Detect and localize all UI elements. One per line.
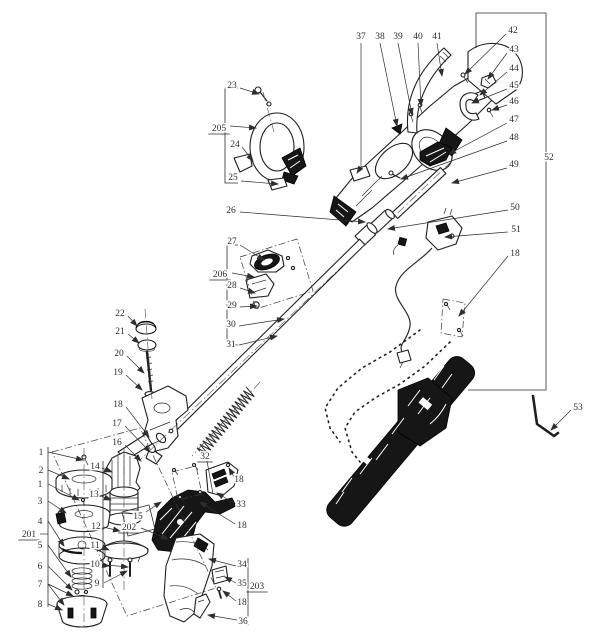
leader-line	[223, 591, 236, 601]
svg-text:28: 28	[227, 281, 237, 291]
callout-18: 18	[113, 400, 123, 410]
callout-18: 18	[510, 249, 520, 259]
svg-text:19: 19	[113, 368, 123, 378]
callout-17: 17	[112, 419, 122, 429]
part-blade-36	[194, 594, 210, 618]
leader-line	[230, 126, 256, 128]
callout-46: 46	[509, 97, 519, 107]
part-screw-18a	[226, 463, 229, 466]
part-head-housing-8	[57, 596, 107, 627]
svg-text:9: 9	[95, 579, 100, 589]
part-shield-33	[206, 462, 238, 496]
svg-text:21: 21	[115, 327, 125, 337]
callout-18: 18	[237, 598, 247, 608]
callout-28: 28	[227, 281, 237, 291]
svg-text:6: 6	[38, 562, 43, 572]
svg-text:32: 32	[200, 452, 210, 462]
svg-text:18: 18	[510, 249, 520, 259]
svg-text:18: 18	[113, 400, 123, 410]
callout-36: 36	[238, 617, 248, 627]
svg-text:17: 17	[112, 419, 122, 429]
svg-text:40: 40	[413, 32, 423, 42]
callout-44: 44	[509, 64, 519, 74]
callout-10: 10	[90, 560, 100, 570]
svg-text:33: 33	[236, 500, 246, 510]
callout-9: 9	[95, 579, 100, 589]
part-screws-18c	[444, 302, 463, 336]
svg-text:49: 49	[509, 160, 519, 170]
part-allen-key	[533, 396, 558, 436]
leader-line	[208, 615, 237, 620]
svg-text:35: 35	[237, 579, 247, 589]
svg-text:48: 48	[509, 133, 519, 143]
svg-text:12: 12	[91, 522, 101, 532]
leader-line	[48, 584, 64, 605]
callout-18: 18	[237, 521, 247, 531]
callout-45: 45	[509, 81, 519, 91]
callout-1: 1	[39, 448, 44, 458]
callout-35: 35	[237, 579, 247, 589]
callout-7: 7	[38, 580, 43, 590]
svg-text:18: 18	[237, 521, 247, 531]
svg-text:36: 36	[238, 617, 248, 627]
callout-206: 206	[209, 270, 230, 280]
callout-202: 202	[118, 523, 139, 533]
parts-layer	[56, 43, 558, 627]
callout-203: 203	[246, 582, 267, 592]
callout-205: 205	[208, 124, 229, 134]
callout-37: 37	[356, 32, 366, 42]
callout-39: 39	[393, 32, 403, 42]
svg-text:1: 1	[39, 448, 44, 458]
svg-text:14: 14	[90, 462, 100, 472]
callout-18: 18	[234, 475, 244, 485]
svg-text:50: 50	[510, 203, 520, 213]
part-switch-51	[395, 208, 462, 368]
leader-line	[146, 502, 161, 512]
callout-53: 53	[573, 403, 583, 413]
svg-text:8: 8	[38, 600, 43, 610]
callout-13: 13	[89, 490, 99, 500]
center-line	[192, 382, 260, 456]
callout-34: 34	[237, 560, 247, 570]
part-loop-handle	[234, 87, 306, 190]
leader-line	[452, 168, 507, 183]
svg-text:31: 31	[226, 340, 236, 350]
svg-text:11: 11	[90, 541, 99, 551]
callout-40: 40	[413, 32, 423, 42]
callout-22: 22	[115, 309, 125, 319]
svg-text:41: 41	[432, 32, 442, 42]
svg-text:203: 203	[250, 582, 265, 592]
callout-30: 30	[226, 320, 236, 330]
callout-23: 23	[227, 81, 237, 91]
svg-text:2: 2	[39, 466, 44, 476]
callout-33: 33	[236, 500, 246, 510]
svg-text:38: 38	[375, 32, 385, 42]
callout-51: 51	[511, 225, 521, 235]
leader-line	[380, 43, 397, 126]
svg-text:22: 22	[115, 309, 125, 319]
part-screw-18d	[217, 587, 221, 598]
bracket-line	[225, 88, 238, 183]
svg-text:201: 201	[22, 530, 37, 540]
callout-24: 24	[230, 140, 240, 150]
callout-27: 27	[227, 237, 237, 247]
leader-line	[48, 452, 83, 460]
svg-text:34: 34	[237, 560, 247, 570]
leader-line	[48, 501, 66, 513]
leader-line	[48, 566, 72, 590]
svg-text:30: 30	[226, 320, 236, 330]
callout-31: 31	[226, 340, 236, 350]
svg-text:13: 13	[89, 490, 99, 500]
svg-text:42: 42	[508, 26, 518, 36]
callout-201: 201	[18, 530, 39, 540]
callout-15: 15	[133, 512, 143, 522]
exploded-parts-diagram: 3738394041424344454647484950511852532320…	[0, 0, 590, 632]
svg-text:1: 1	[38, 480, 43, 490]
callout-4: 4	[38, 517, 43, 527]
callout-49: 49	[509, 160, 519, 170]
svg-text:27: 27	[227, 237, 237, 247]
leader-line	[492, 105, 507, 110]
svg-text:51: 51	[511, 225, 521, 235]
callout-32: 32	[197, 452, 213, 462]
callout-26: 26	[226, 206, 236, 216]
callout-6: 6	[38, 562, 43, 572]
callout-38: 38	[375, 32, 385, 42]
leader-line	[459, 256, 508, 316]
svg-text:46: 46	[509, 97, 519, 107]
svg-text:15: 15	[133, 512, 143, 522]
svg-text:7: 7	[38, 580, 43, 590]
svg-text:53: 53	[573, 403, 583, 413]
leader-line	[126, 375, 142, 390]
part-spool-3	[56, 505, 110, 532]
callout-12: 12	[91, 522, 101, 532]
callout-5: 5	[38, 541, 43, 551]
leader-line	[232, 273, 254, 277]
svg-text:25: 25	[228, 173, 238, 183]
callout-52: 52	[544, 153, 554, 163]
callout-21: 21	[115, 327, 125, 337]
svg-text:10: 10	[90, 560, 100, 570]
callout-47: 47	[509, 115, 519, 125]
svg-text:23: 23	[227, 81, 237, 91]
callout-42: 42	[508, 26, 518, 36]
leader-line	[357, 43, 361, 173]
leader-line	[128, 334, 139, 343]
callout-11: 11	[90, 541, 99, 551]
part-bolts-10	[108, 558, 132, 576]
leader-line	[103, 527, 120, 531]
svg-text:45: 45	[509, 81, 519, 91]
leader-line	[209, 559, 236, 566]
svg-text:24: 24	[230, 140, 240, 150]
svg-text:18: 18	[234, 475, 244, 485]
svg-text:3: 3	[38, 497, 43, 507]
part-eyelet-6	[75, 590, 88, 594]
part-bracket-35	[212, 566, 228, 584]
svg-text:16: 16	[112, 438, 122, 448]
part-spring-5	[72, 568, 92, 589]
svg-text:52: 52	[544, 153, 554, 163]
part-main-housing	[323, 352, 479, 530]
svg-text:202: 202	[122, 523, 137, 533]
leader-line	[398, 43, 412, 115]
callout-8: 8	[38, 600, 43, 610]
svg-text:47: 47	[509, 115, 519, 125]
svg-text:18: 18	[237, 598, 247, 608]
svg-text:39: 39	[393, 32, 403, 42]
leader-line	[128, 316, 137, 326]
diagram-canvas: 3738394041424344454647484950511852532320…	[0, 0, 590, 632]
callout-16: 16	[112, 438, 122, 448]
svg-text:5: 5	[38, 541, 43, 551]
callout-14: 14	[90, 462, 100, 472]
svg-text:29: 29	[227, 301, 237, 311]
svg-text:44: 44	[509, 64, 519, 74]
callout-41: 41	[432, 32, 442, 42]
callout-25: 25	[228, 173, 238, 183]
svg-text:205: 205	[212, 124, 227, 134]
callout-3: 3	[38, 497, 43, 507]
svg-text:26: 26	[226, 206, 236, 216]
leader-line	[48, 584, 73, 596]
callout-50: 50	[510, 203, 520, 213]
svg-text:20: 20	[114, 349, 124, 359]
callout-1: 1	[38, 480, 43, 490]
svg-text:43: 43	[509, 45, 519, 55]
callout-19: 19	[113, 368, 123, 378]
callout-20: 20	[114, 349, 124, 359]
svg-text:37: 37	[356, 32, 366, 42]
part-cable-clip	[394, 237, 407, 255]
svg-text:206: 206	[213, 270, 228, 280]
leader-line	[127, 356, 144, 373]
callout-43: 43	[509, 45, 519, 55]
svg-text:4: 4	[38, 517, 43, 527]
leader-line	[551, 410, 571, 430]
callout-29: 29	[227, 301, 237, 311]
callout-2: 2	[39, 466, 44, 476]
part-screw-46	[487, 108, 493, 117]
callout-48: 48	[509, 133, 519, 143]
